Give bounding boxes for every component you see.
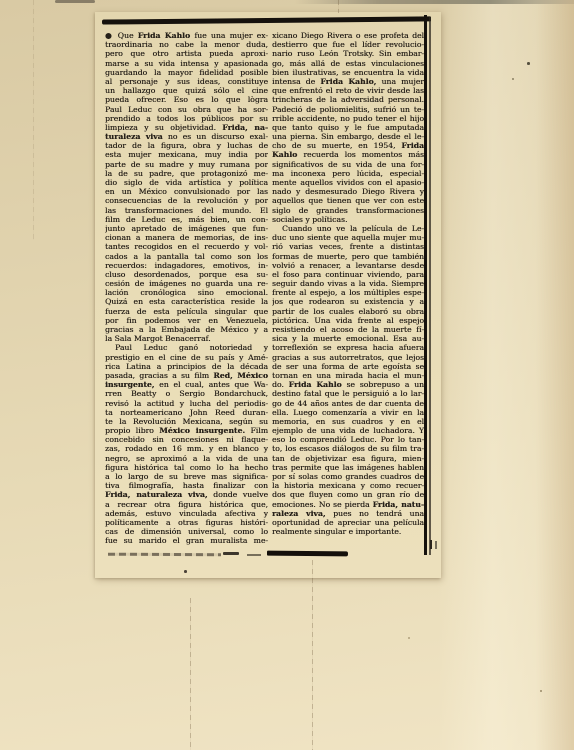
text-line: pasada, gracias a su film Red, México [105,371,268,380]
text-line: recuerdos: indagadores, emotivos, in- [105,261,268,270]
text-line: tiva filmografía, hasta finalizar con [105,481,268,490]
text-line: al personaje y sus ideas, constituye [105,77,268,86]
text-line: destierro que fue el líder revolucio- [272,40,424,49]
text-line: to, los escasos diálogos de su film tra- [272,444,424,453]
text-line: parte de su madre y muy rumana por [105,160,268,169]
text-line: siglo de grandes transformaciones [272,206,424,215]
text-line: trincheras de la adversidad personal. [272,95,424,104]
text-line: guardando la mayor fidelidad posible [105,68,268,77]
text-line: ella. Luego comenzaría a vivir en la [272,408,424,417]
text-line: go de 44 años antes de dar cuenta de [272,399,424,408]
text-line: cluso desordenados, porque esa su- [105,270,268,279]
text-line: zas, rodado en 16 mm. y en blanco y [105,444,268,453]
text-line: rió varias veces, frente a distintas [272,242,424,251]
text-line: oportunidad de apreciar una película [272,518,424,527]
text-line: sica y la muerte emocional. Esa au- [272,334,424,343]
end-dash-mark [108,553,221,556]
text-line: cho de su muerte, en 1954, Frida [272,141,424,150]
text-line: film de Leduc es, más bien, un con- [105,215,268,224]
text-line: insurgente, en el cual, antes que Wa- [105,380,268,389]
text-line: ejemplo de una vida de luchadora. Y [272,426,424,435]
paper-crease [33,0,34,240]
text-line: rren Beatty o Sergio Bondarchuck, [105,389,268,398]
text-line: nario ruso León Trotsky. Sin embar- [272,49,424,58]
text-line: por fin podemos ver en Venezuela, [105,316,268,325]
text-line: tan de objetivizar esa figura, mien- [272,454,424,463]
text-line: que enfrentó el reto de vivir desde las [272,86,424,95]
text-line: junto apretado de imágenes que fun- [105,224,268,233]
text-line: pero que otro artista pueda aproxi- [105,49,268,58]
text-line: emociones. No se pierda Frida, natu- [272,500,424,509]
text-line: aquellos que tienen que ver con este [272,196,424,205]
text-line: intensa de Frida Kahlo, una mujer [272,77,424,86]
text-line: pictórica. Una vida frente al espejo [272,316,424,325]
text-line: frente al espejo, a los múltiples espe- [272,288,424,297]
text-line: revisó la actitud y lucha del periodis- [105,399,268,408]
text-line: formas de muerte, pero que también [272,252,424,261]
text-line: tador de la figura, obra y luchas de [105,141,268,150]
text-line: mente aquellos vividos con el apasio- [272,178,424,187]
paper-speck [512,78,514,80]
text-line: traordinaria no cabe la menor duda, [105,40,268,49]
text-line: cesión de imágenes no guarda una re- [105,279,268,288]
text-line: jos que rodearon su existencia y a [272,297,424,306]
text-line: Kahlo recuerda los momentos más [272,150,424,159]
paper-crease [190,598,191,750]
text-line: realmente singular e importante. [272,527,424,536]
paper-speck [184,570,187,573]
text-line: prendido a todos los públicos por su [105,114,268,123]
text-line: do. Frida Kahlo se sobrepuso a un [272,380,424,389]
text-line: significativos de su vida de una for- [272,160,424,169]
text-line: Paul Leduc ganó notoriedad y [105,343,268,352]
text-line: fuerza de esta película singular que [105,307,268,316]
text-line: de ser una forma de arte egoísta se [272,362,424,371]
paper-speck [408,637,410,639]
text-line: un hallazgo que quizá sólo el cine [105,86,268,95]
text-line: concebido sin concesiones ni flaque- [105,435,268,444]
text-line: tantes recogidos en el recuerdo y vol- [105,242,268,251]
end-dash-dark-mark [223,552,239,555]
text-line: la de su padre, que protagonizó me- [105,169,268,178]
text-line: figura histórica tal como lo ha hecho [105,463,268,472]
text-line: bien ilustrativas, se encuentra la vida [272,68,424,77]
text-line: partir de los cuales elaboró su obra [272,307,424,316]
article-column-1: ● Que Frida Kahlo fue una mujer ex-traor… [105,31,268,546]
text-line: ● Que Frida Kahlo fue una mujer ex- [105,31,268,40]
text-line: Paul Leduc con su obra que ha sor- [105,105,268,114]
article-column-2: xicano Diego Rivera o ese profeta deldes… [272,31,424,536]
text-line: por sí solas como grandes cuadros de [272,472,424,481]
text-line: Quizá en esta característica reside la [105,297,268,306]
text-line: rrible accidente, no pudo tener el hijo [272,114,424,123]
text-line: cionan a manera de memorias, de ins- [105,233,268,242]
text-line: la Sala Margot Benacerraf. [105,334,268,343]
text-line: rica Latina a principios de la década [105,362,268,371]
text-line: seguir dando vivas a la vida. Siempre [272,279,424,288]
text-line: gracias a sus autorretratos, que lejos [272,353,424,362]
text-line: que tanto quiso y le fue amputada [272,123,424,132]
top-rule [102,16,431,24]
scan-top-edge-shadow [295,0,574,4]
text-line: las transformaciones del mundo. El [105,206,268,215]
paper-speck [527,62,530,65]
text-line: marse a su vida intensa y apasionada [105,59,268,68]
text-line: en un México convulsionado por las [105,187,268,196]
text-line: memoria, en sus cuadros y en el [272,417,424,426]
text-line: raleza viva, pues no tendrá una nueva [272,509,424,518]
text-line: además, estuvo vinculada afectiva y [105,509,268,518]
text-line: esta mujer mexicana, muy india por [105,150,268,159]
text-line: resistiendo el acoso de la muerte fí- [272,325,424,334]
text-line: cados a la pantalla tal como son los [105,252,268,261]
text-line: Frida, naturaleza viva, donde vuelve [105,490,268,499]
text-line: fue su marido el gran muralista me- [105,536,268,545]
text-line: destino fatal que le persiguió a lo lar- [272,389,424,398]
text-line: el foso para continuar viviendo, para [272,270,424,279]
text-line: propio libro México insurgente. Film [105,426,268,435]
end-solid-rule [267,551,348,556]
text-line: torreflexión se expresa hacia afuera [272,343,424,352]
text-line: ta norteamericano John Reed duran- [105,408,268,417]
scan-top-left-smudge [55,0,95,3]
text-line: volvió a renacer, a levantarse desde [272,261,424,270]
text-line: dio siglo de vida artística y política [105,178,268,187]
text-line: la historia mexicana y como recuer- [272,481,424,490]
text-line: te la Revolución Mexicana, según su [105,417,268,426]
text-line: prestigio en el cine de su país y Amé- [105,353,268,362]
right-column-rule [424,15,427,555]
text-line: Cuando uno ve la película de Le- [272,224,424,233]
text-line: Padeció de poliomielitis, sufrió un te- [272,105,424,114]
text-line: cas de dimensión universal, como lo [105,527,268,536]
rule-end-tick [430,540,432,549]
scanned-page: ● Que Frida Kahlo fue una mujer ex-traor… [0,0,574,750]
newspaper-clipping: ● Que Frida Kahlo fue una mujer ex-traor… [95,12,441,578]
page-right-fold-shading [438,0,574,750]
clipping-right-edge-line [429,17,431,555]
text-line: eso lo comprendió Leduc. Por lo tan- [272,435,424,444]
text-line: nado y desmesurado Diego Rivera y [272,187,424,196]
text-line: turaleza viva no es un discurso exal- [105,132,268,141]
text-line: duc uno siente que aquella mujer mu- [272,233,424,242]
text-line: xicano Diego Rivera o ese profeta del [272,31,424,40]
rule-end-tick-2 [435,541,437,549]
text-line: lación cronólogica sino emocional. [105,288,268,297]
text-line: tras permite que las imágenes hablen [272,463,424,472]
text-line: pueda ofrecer. Eso es lo que lògra [105,95,268,104]
text-line: gracias a la Embajada de México y a [105,325,268,334]
paper-crease [312,560,313,750]
text-line: sociales y políticas. [272,215,424,224]
text-line: limpieza y su objetividad. Frida, na- [105,123,268,132]
text-line: go, más allá de estas vinculaciones [272,59,424,68]
text-line: dos que fluyen como un gran río de [272,490,424,499]
paper-speck [540,690,542,692]
text-line: una pierna. Sin embargo, desde el le- [272,132,424,141]
text-line: negro, se aproximó a la vida de una [105,454,268,463]
text-line: a recrear otra figura histórica que, [105,500,268,509]
text-line: ma inconexa pero lúcida, especial- [272,169,424,178]
text-line: políticamente a otras figuras históri- [105,518,268,527]
end-dash-thin-mark [247,554,261,556]
text-line: consecuencias de la revolución y por [105,196,268,205]
text-line: tornan en una mirada hacia el mun- [272,371,424,380]
text-line: a lo largo de su breve mas significa- [105,472,268,481]
